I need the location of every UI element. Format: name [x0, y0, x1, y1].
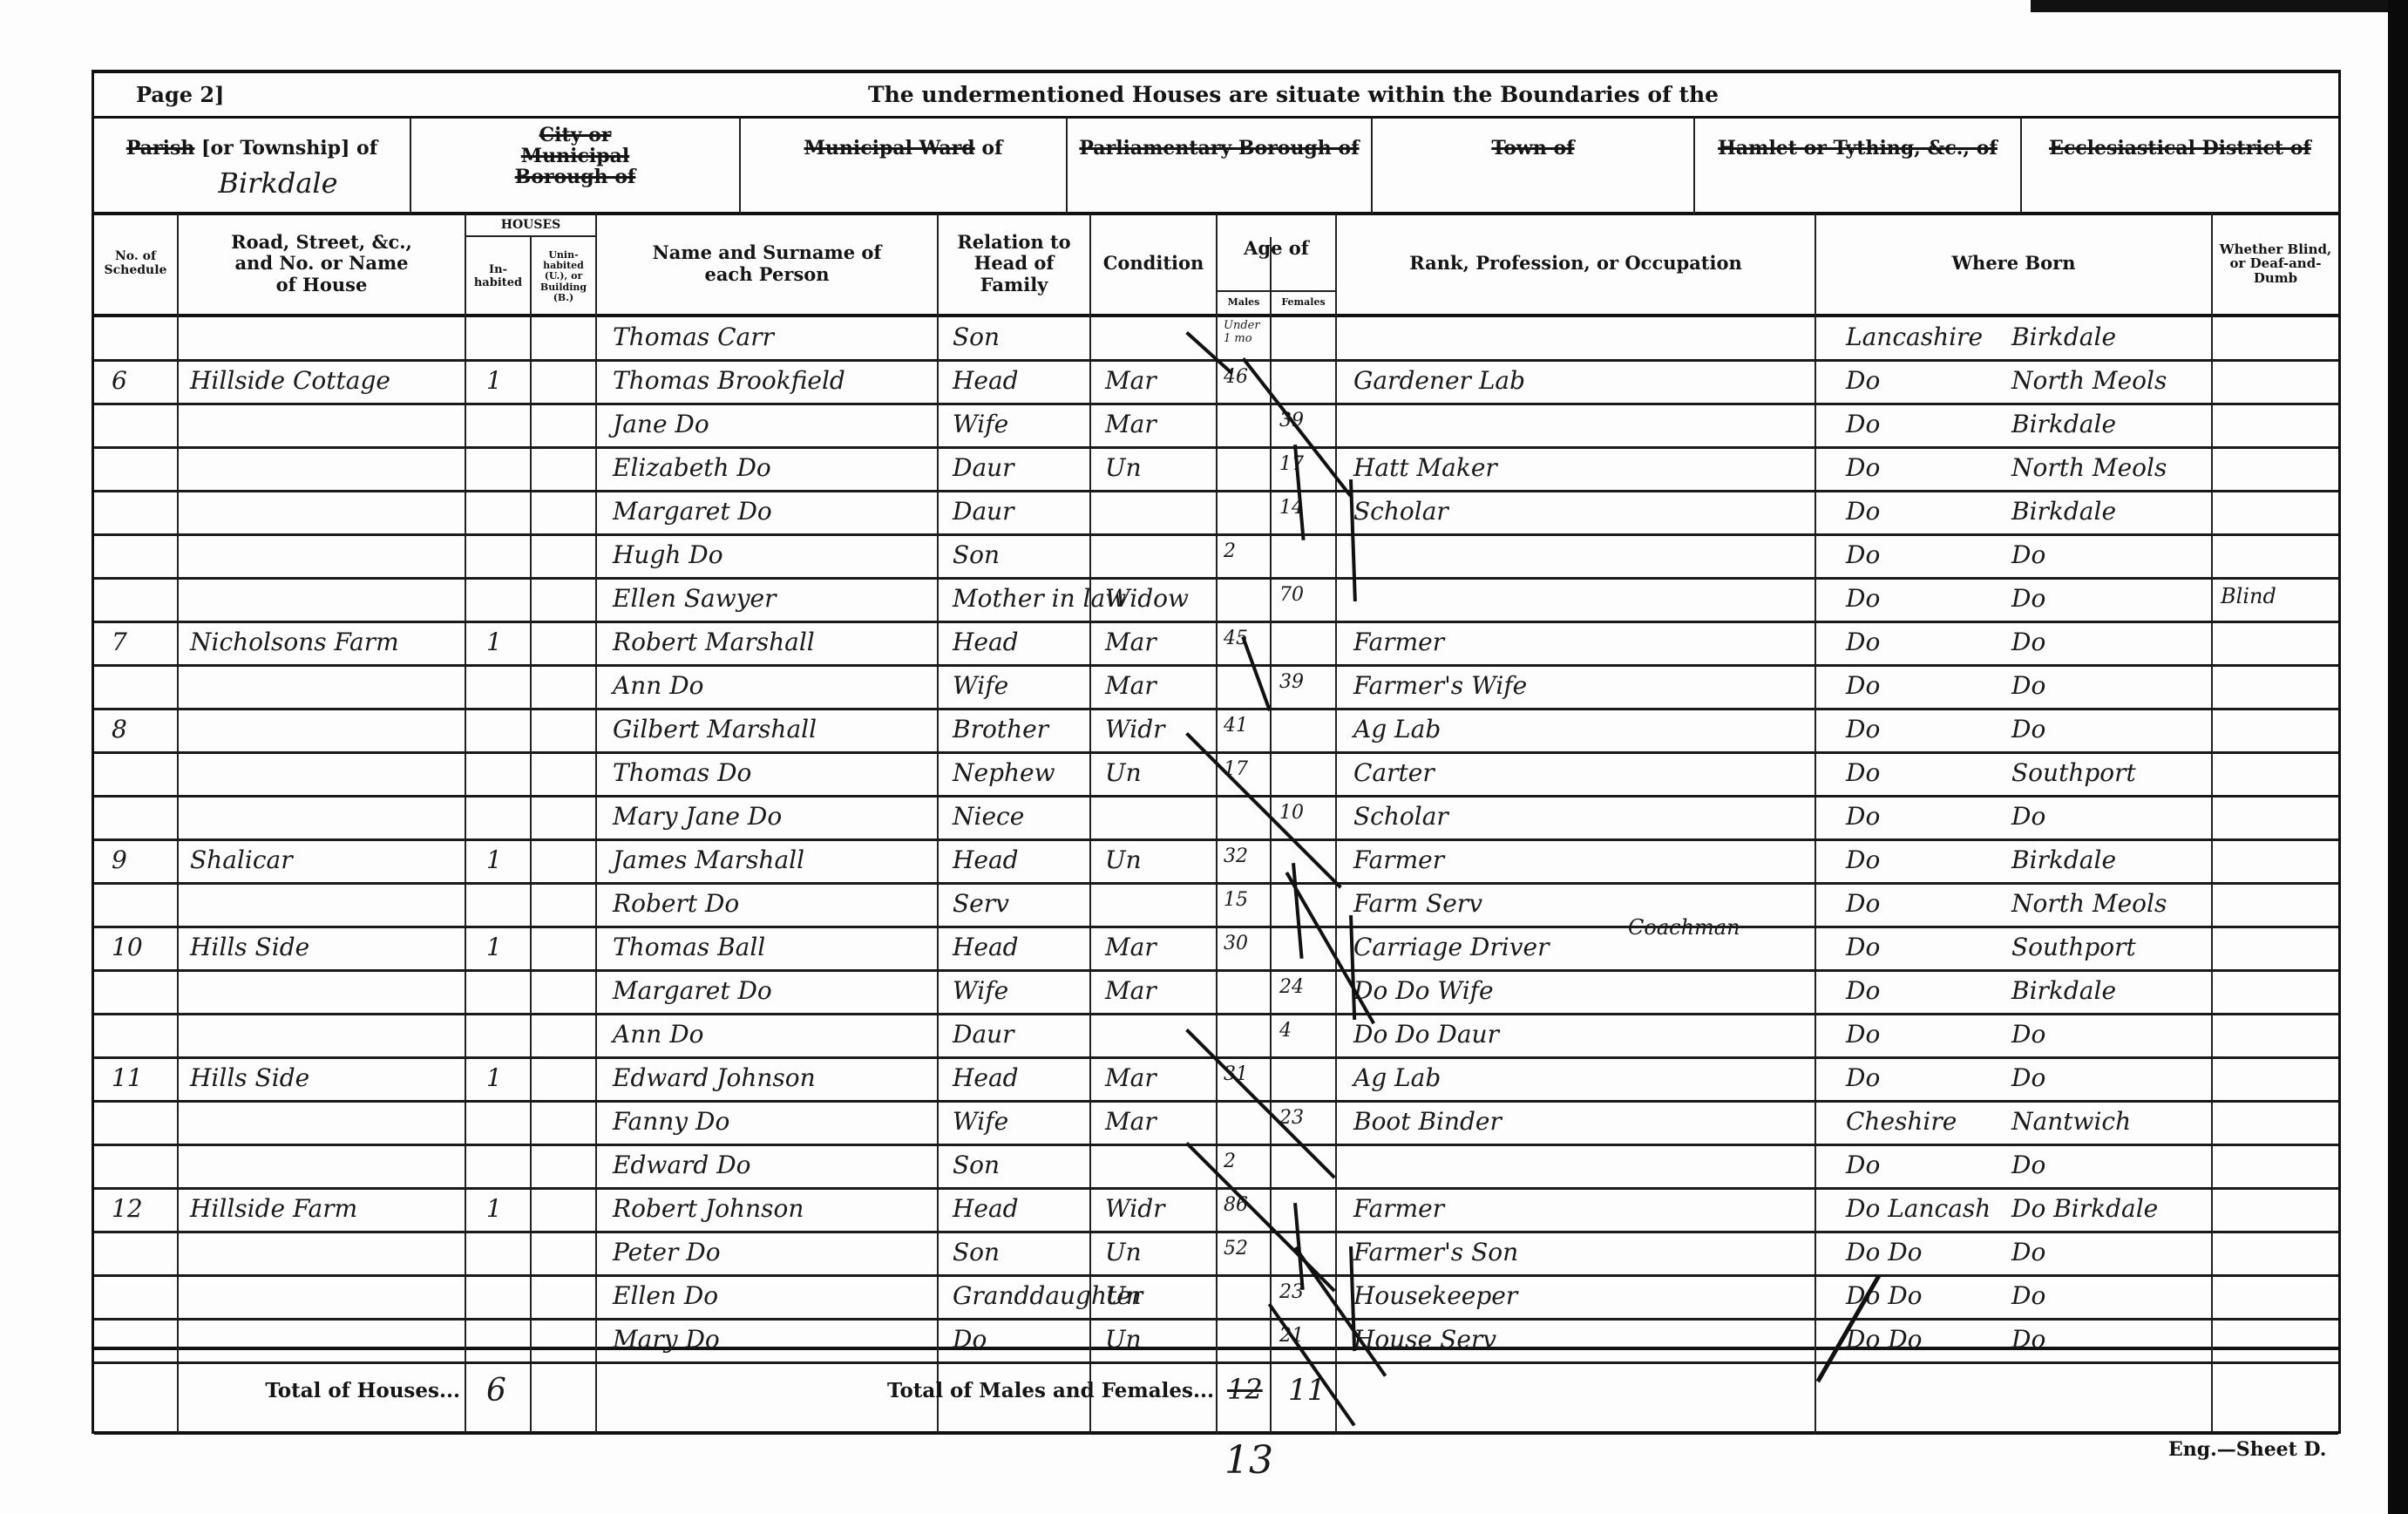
- born-place: Do: [2011, 1281, 2045, 1310]
- header-age: Age of: [1218, 214, 1335, 283]
- inhabited-count: 1: [486, 628, 502, 656]
- born-county: Do: [1846, 845, 1880, 874]
- female-age: 17: [1279, 453, 1304, 475]
- born-county: Do: [1846, 540, 1880, 569]
- occupation: Housekeeper: [1353, 1281, 1517, 1310]
- female-age: 39: [1279, 671, 1304, 693]
- census-sheet: Page 2] The undermentioned Houses are si…: [92, 70, 2341, 1434]
- person-name: Robert Do: [613, 889, 739, 918]
- house-name: Hills Side: [190, 933, 309, 961]
- schedule-number: 6: [112, 366, 127, 395]
- born-county: Do: [1846, 628, 1880, 656]
- born-place: Southport: [2011, 933, 2136, 961]
- relation: Head: [953, 628, 1019, 656]
- occupation: Farmer's Son: [1353, 1238, 1518, 1266]
- table-row: Ann DoDaur4Do Do DaurDoDo: [94, 1015, 2338, 1058]
- born-place: North Meols: [2011, 889, 2167, 918]
- condition: Un: [1105, 758, 1142, 787]
- rule-top: [94, 70, 2338, 73]
- relation: Head: [953, 366, 1019, 395]
- male-age: 41: [1224, 715, 1248, 737]
- table-row: 10Hills Side1Thomas BallHeadMar30Carriag…: [94, 927, 2338, 971]
- born-county: Cheshire: [1846, 1107, 1957, 1136]
- relation: Head: [953, 1063, 1019, 1092]
- table-row: Mary Jane DoNiece10ScholarDoDo: [94, 797, 2338, 840]
- table-row: 12Hillside Farm1Robert JohnsonHeadWidr86…: [94, 1189, 2338, 1232]
- born-county: Do: [1846, 715, 1880, 743]
- born-place: Do: [2011, 628, 2045, 656]
- occupation: Scholar: [1353, 497, 1448, 526]
- person-name: Hugh Do: [613, 540, 723, 569]
- person-name: Robert Johnson: [613, 1194, 804, 1223]
- male-age: 32: [1224, 845, 1248, 867]
- born-place: Birkdale: [2011, 976, 2116, 1005]
- page-label: Page 2]: [136, 82, 224, 107]
- born-place: Do: [2011, 1325, 2045, 1354]
- occupation: House Serv: [1353, 1325, 1496, 1354]
- person-name: Edward Johnson: [613, 1063, 816, 1092]
- header-schedule: No. of Schedule: [94, 214, 177, 314]
- relation: Do: [953, 1325, 987, 1354]
- relation: Wife: [953, 976, 1008, 1005]
- table-row: Ellen SawyerMother in lawWidow70DoDoBlin…: [94, 579, 2338, 622]
- blind-status: Blind: [2221, 584, 2276, 608]
- condition: Un: [1105, 1325, 1142, 1354]
- table-row: Peter DoSonUn52Farmer's SonDo DoDo: [94, 1232, 2338, 1276]
- occupation: Do Do Daur: [1353, 1020, 1499, 1049]
- male-age: 2: [1224, 540, 1236, 562]
- table-row: Jane DoWifeMar39DoBirkdale: [94, 404, 2338, 448]
- occupation: Boot Binder: [1353, 1107, 1502, 1136]
- condition: Widr: [1105, 715, 1165, 743]
- person-name: Edward Do: [613, 1151, 751, 1179]
- born-place: Do: [2011, 802, 2045, 831]
- born-county: Do: [1846, 366, 1880, 395]
- condition: Mar: [1105, 976, 1157, 1005]
- occupation: Farmer: [1353, 1194, 1444, 1223]
- person-name: Fanny Do: [613, 1107, 729, 1136]
- header-relation: Relation to Head of Family: [939, 214, 1089, 314]
- relation: Son: [953, 540, 1000, 569]
- table-row: Thomas CarrSonUnder 1 moLancashireBirkda…: [94, 317, 2338, 361]
- header-females: Females: [1272, 296, 1335, 308]
- relation: Head: [953, 1194, 1019, 1223]
- inhabited-count: 1: [486, 1063, 502, 1092]
- occupation: Ag Lab: [1353, 715, 1441, 743]
- male-age: 15: [1224, 889, 1248, 911]
- occupation: Carter: [1353, 758, 1435, 787]
- person-name: Elizabeth Do: [613, 453, 771, 482]
- house-name: Hills Side: [190, 1063, 309, 1092]
- relation: Wife: [953, 410, 1008, 438]
- schedule-number: 7: [112, 628, 127, 656]
- boundary-ward: Municipal Ward of: [741, 118, 1066, 214]
- condition: Mar: [1105, 1063, 1157, 1092]
- born-place: Birkdale: [2011, 410, 2116, 438]
- relation: Daur: [953, 453, 1014, 482]
- occupation: Farmer: [1353, 628, 1444, 656]
- total-houses-value: 6: [486, 1373, 506, 1409]
- total-males-corrected: 13: [1224, 1438, 1273, 1483]
- born-place: Birkdale: [2011, 845, 2116, 874]
- boundary-ecclesiastical: Ecclesiastical District of: [2022, 118, 2338, 214]
- parish-value: Birkdale: [146, 166, 410, 200]
- occupation: Do Do Wife: [1353, 976, 1494, 1005]
- relation: Mother in law: [953, 584, 1126, 613]
- table-row: Mary DoDoUn21House ServDo DoDo: [94, 1320, 2338, 1363]
- condition: Mar: [1105, 933, 1157, 961]
- condition: Mar: [1105, 410, 1157, 438]
- schedule-number: 12: [112, 1194, 143, 1223]
- house-name: Hillside Cottage: [190, 366, 390, 395]
- male-age: Under 1 mo: [1224, 319, 1267, 345]
- born-county: Do Do: [1846, 1325, 1923, 1354]
- born-county: Do: [1846, 889, 1880, 918]
- inhabited-count: 1: [486, 1194, 502, 1223]
- born-place: Do: [2011, 1063, 2045, 1092]
- born-place: Do: [2011, 540, 2045, 569]
- table-row: Edward DoSon2DoDo: [94, 1145, 2338, 1189]
- relation: Head: [953, 845, 1019, 874]
- relation: Son: [953, 322, 1000, 351]
- person-name: Thomas Brookfield: [613, 366, 845, 395]
- born-place: Birkdale: [2011, 497, 2116, 526]
- condition: Un: [1105, 453, 1142, 482]
- born-county: Do Do: [1846, 1281, 1923, 1310]
- occupation: Scholar: [1353, 802, 1448, 831]
- occupation: Ag Lab: [1353, 1063, 1441, 1092]
- person-name: Ann Do: [613, 671, 704, 700]
- inhabited-count: 1: [486, 845, 502, 874]
- male-age: 52: [1224, 1238, 1248, 1259]
- born-county: Do: [1846, 671, 1880, 700]
- table-row: Ellen DoGranddaughterUn23HousekeeperDo D…: [94, 1276, 2338, 1320]
- person-name: Gilbert Marshall: [613, 715, 817, 743]
- born-place: Do: [2011, 1020, 2045, 1049]
- born-county: Do Lancash: [1846, 1194, 1991, 1223]
- table-row: 9Shalicar1James MarshallHeadUn32FarmerDo…: [94, 840, 2338, 884]
- boundary-parish: Parish [or Township] of Birkdale: [94, 118, 410, 214]
- born-county: Do: [1846, 1151, 1880, 1179]
- born-place: Do: [2011, 715, 2045, 743]
- relation: Wife: [953, 1107, 1008, 1136]
- born-place: Do: [2011, 671, 2045, 700]
- header-blind: Whether Blind, or Deaf-and-Dumb: [2213, 214, 2338, 314]
- occupation: Carriage Driver: [1353, 933, 1550, 961]
- male-age: 86: [1224, 1194, 1248, 1216]
- condition: Mar: [1105, 1107, 1157, 1136]
- relation: Son: [953, 1238, 1000, 1266]
- occupation: Hatt Maker: [1353, 453, 1497, 482]
- born-place: Do Birkdale: [2011, 1194, 2158, 1223]
- person-name: Robert Marshall: [613, 628, 815, 656]
- person-name: Ann Do: [613, 1020, 704, 1049]
- born-county: Do: [1846, 1020, 1880, 1049]
- born-county: Lancashire: [1846, 322, 1983, 351]
- person-name: Margaret Do: [613, 497, 772, 526]
- born-place: Birkdale: [2011, 322, 2116, 351]
- condition: Un: [1105, 845, 1142, 874]
- occupation: Gardener Lab: [1353, 366, 1525, 395]
- female-age: 70: [1279, 584, 1304, 606]
- table-row: Hugh DoSon2DoDo: [94, 535, 2338, 579]
- table-row: Robert DoServ15Farm ServDoNorth Meols: [94, 884, 2338, 927]
- header-uninhabited: Unin-habited (U.), or Building (B.): [532, 240, 595, 314]
- person-name: Margaret Do: [613, 976, 772, 1005]
- table-row: 6Hillside Cottage1Thomas BrookfieldHeadM…: [94, 361, 2338, 404]
- born-place: North Meols: [2011, 453, 2167, 482]
- schedule-number: 8: [112, 715, 127, 743]
- born-place: North Meols: [2011, 366, 2167, 395]
- house-name: Nicholsons Farm: [190, 628, 399, 656]
- condition: Mar: [1105, 366, 1157, 395]
- person-name: Ellen Do: [613, 1281, 718, 1310]
- table-row: Fanny DoWifeMar23Boot BinderCheshireNant…: [94, 1102, 2338, 1145]
- born-county: Do: [1846, 933, 1880, 961]
- house-name: Hillside Farm: [190, 1194, 357, 1223]
- born-county: Do: [1846, 584, 1880, 613]
- scan-edge-top: [2031, 0, 2408, 12]
- boundary-parliamentary: Parliamentary Borough of: [1068, 118, 1371, 214]
- relation: Nephew: [953, 758, 1055, 787]
- person-name: Thomas Do: [613, 758, 751, 787]
- boundary-town: Town of: [1373, 118, 1693, 214]
- condition: Mar: [1105, 671, 1157, 700]
- born-county: Do: [1846, 497, 1880, 526]
- header-occupation: Rank, Profession, or Occupation: [1337, 214, 1814, 314]
- header-where-born: Where Born: [1816, 214, 2211, 314]
- table-row: Elizabeth DoDaurUn17Hatt MakerDoNorth Me…: [94, 448, 2338, 492]
- schedule-number: 9: [112, 845, 127, 874]
- person-name: Peter Do: [613, 1238, 721, 1266]
- born-place: Nantwich: [2011, 1107, 2131, 1136]
- occupation: Farm Serv: [1353, 889, 1482, 918]
- header-road: Road, Street, &c., and No. or Name of Ho…: [179, 214, 465, 314]
- sheet-footer: Eng.—Sheet D.: [2168, 1438, 2326, 1461]
- born-place: Do: [2011, 584, 2045, 613]
- relation: Daur: [953, 1020, 1014, 1049]
- table-row: Margaret DoDaur14ScholarDoBirkdale: [94, 492, 2338, 535]
- boundary-hamlet: Hamlet or Tything, &c., of: [1695, 118, 2020, 214]
- person-name: Thomas Carr: [613, 322, 774, 351]
- occupation: Farmer's Wife: [1353, 671, 1527, 700]
- header-inhabited: In-habited: [466, 240, 530, 314]
- house-name: Shalicar: [190, 845, 293, 874]
- relation: Head: [953, 933, 1019, 961]
- born-place: Do: [2011, 1151, 2045, 1179]
- person-name: Mary Jane Do: [613, 802, 782, 831]
- table-row: Thomas DoNephewUn17CarterDoSouthport: [94, 753, 2338, 797]
- schedule-number: 11: [112, 1063, 143, 1092]
- born-place: Do: [2011, 1238, 2045, 1266]
- condition: Widr: [1105, 1194, 1165, 1223]
- female-age: 4: [1279, 1020, 1292, 1042]
- male-age: 2: [1224, 1151, 1236, 1172]
- condition: Un: [1105, 1238, 1142, 1266]
- female-age: 24: [1279, 976, 1304, 998]
- relation: Daur: [953, 497, 1014, 526]
- occupation: Farmer: [1353, 845, 1444, 874]
- born-county: Do: [1846, 802, 1880, 831]
- relation: Wife: [953, 671, 1008, 700]
- header-males: Males: [1218, 296, 1270, 308]
- relation: Brother: [953, 715, 1048, 743]
- boundary-city: City or Municipal Borough of: [411, 118, 739, 214]
- table-row: Ann DoWifeMar39Farmer's WifeDoDo: [94, 666, 2338, 709]
- born-county: Do: [1846, 976, 1880, 1005]
- total-houses-label: Total of Houses...: [146, 1379, 460, 1402]
- person-name: Thomas Ball: [613, 933, 765, 961]
- table-row: 8Gilbert MarshallBrotherWidr41Ag LabDoDo: [94, 709, 2338, 753]
- total-males-struck: 12: [1227, 1373, 1263, 1406]
- condition: Mar: [1105, 628, 1157, 656]
- scan-edge-right: [2388, 0, 2408, 1514]
- header-houses: HOUSES: [466, 218, 595, 232]
- born-county: Do Do: [1846, 1238, 1923, 1266]
- condition: Widow: [1105, 584, 1189, 613]
- male-age: 30: [1224, 933, 1248, 954]
- born-county: Do: [1846, 453, 1880, 482]
- person-name: James Marshall: [613, 845, 804, 874]
- person-name: Mary Do: [613, 1325, 720, 1354]
- person-name: Jane Do: [613, 410, 709, 438]
- table-row: Margaret DoWifeMar24Do Do WifeDoBirkdale: [94, 971, 2338, 1015]
- born-county: Do: [1846, 410, 1880, 438]
- table-row: 11Hills Side1Edward JohnsonHeadMar31Ag L…: [94, 1058, 2338, 1102]
- born-county: Do: [1846, 758, 1880, 787]
- inhabited-count: 1: [486, 933, 502, 961]
- condition: Un: [1105, 1281, 1142, 1310]
- person-name: Ellen Sawyer: [613, 584, 776, 613]
- relation: Niece: [953, 802, 1024, 831]
- header-condition: Condition: [1091, 214, 1216, 314]
- page-title: The undermentioned Houses are situate wi…: [868, 82, 1719, 107]
- total-persons-label: Total of Males and Females...: [704, 1379, 1214, 1402]
- schedule-number: 10: [112, 933, 143, 961]
- relation: Serv: [953, 889, 1009, 918]
- relation: Son: [953, 1151, 1000, 1179]
- inhabited-count: 1: [486, 366, 502, 395]
- born-place: Southport: [2011, 758, 2136, 787]
- table-row: 7Nicholsons Farm1Robert MarshallHeadMar4…: [94, 622, 2338, 666]
- female-age: 10: [1279, 802, 1304, 824]
- occupation-note: Coachman: [1628, 915, 1740, 940]
- header-name: Name and Surname of each Person: [597, 214, 937, 314]
- born-county: Do: [1846, 1063, 1880, 1092]
